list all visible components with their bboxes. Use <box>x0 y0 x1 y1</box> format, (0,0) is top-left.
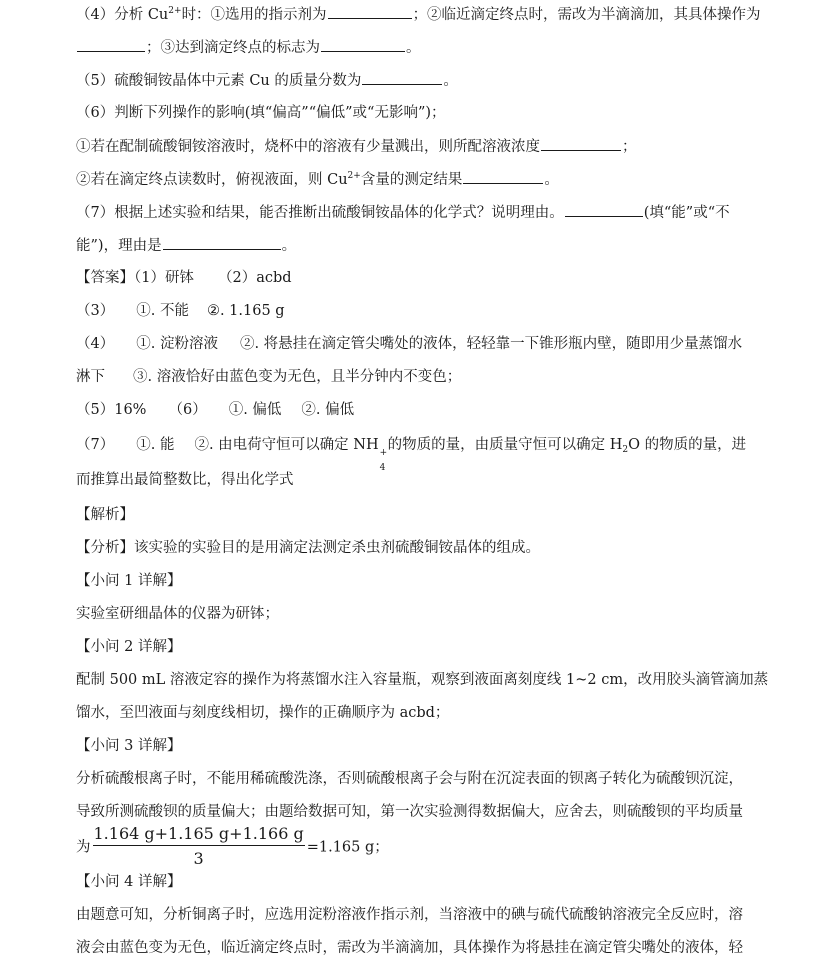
q4-part-a: 时：①选用的指示剂为 <box>182 7 327 23</box>
answer-4-part-2: ②. 将悬挂在滴定管尖嘴处的液体，轻轻靠一下锥形瓶内壁，随即用少量蒸馏水 <box>240 336 742 352</box>
sub-question-3-line-2: 导致所测硫酸钡的质量偏大；由题给数据可知，第一次实验测得数据偏大，应舍去，则硫酸… <box>76 802 758 824</box>
answer-7-part-2b: 的物质的量，由质量守恒可以确定 H <box>388 437 623 453</box>
q6-item1-end: ； <box>622 139 637 155</box>
q4-part-b: ；②临近滴定终点时，需改为半滴滴加，其具体操作为 <box>413 7 761 23</box>
question-7-line-2: 能”)，理由是。 <box>76 235 758 257</box>
fraction-denominator: 3 <box>93 846 305 868</box>
answer-line-7: （7）①. 能②. 由电荷守恒可以确定 NH+4的物质的量，由质量守恒可以确定 … <box>76 435 758 457</box>
q6-item2-prefix: ②若在滴定终点读数时，俯视液面，则 Cu <box>76 172 348 188</box>
fraction-result: =1.165 g； <box>307 840 389 856</box>
sub-question-3-fraction-line: 为1.164 g+1.165 g+1.166 g3=1.165 g； <box>76 824 758 868</box>
sub-question-4-line-1: 由题意可知，分析铜离子时，应选用淀粉溶液作指示剂，当溶液中的碘与硫代硫酸钠溶液完… <box>76 905 758 927</box>
q4-part-c: ；③达到滴定终点的标志为 <box>146 40 320 56</box>
question-7-line-1: （7）根据上述实验和结果，能否推断出硫酸铜铵晶体的化学式？说明理由。(填“能”或… <box>76 202 758 224</box>
answer-7-part-2a: ②. 由电荷守恒可以确定 NH <box>194 437 378 453</box>
answer-4-part-3: ③. 溶液恰好由蓝色变为无色，且半分钟内不变色； <box>133 369 461 385</box>
answer-4-num: （4） <box>76 336 114 352</box>
answer-blank[interactable] <box>163 235 281 250</box>
q4-part-d: 。 <box>406 40 421 56</box>
answer-6-part-2: ②. 偏低 <box>301 402 354 418</box>
answer-3-part-2: ②. 1.165 g <box>207 303 285 319</box>
answer-6-num: （6） <box>168 402 206 418</box>
q6-item2-suffix: 含量的测定结果 <box>361 172 463 188</box>
sub-question-2-line-1: 配制 500 mL 溶液定容的操作为将蒸馏水注入容量瓶，观察到液面离刻度线 1~… <box>76 670 758 692</box>
answer-7-part-1: ①. 能 <box>136 437 174 453</box>
sub-question-1-title: 【小问 1 详解】 <box>76 571 758 593</box>
answer-line-3: （3）①. 不能②. 1.165 g <box>76 301 758 323</box>
q5-text: （5）硫酸铜铵晶体中元素 Cu 的质量分数为 <box>76 73 361 89</box>
answer-line-4: （4）①. 淀粉溶液②. 将悬挂在滴定管尖嘴处的液体，轻轻靠一下锥形瓶内壁，随即… <box>76 334 758 356</box>
sub-question-1-text: 实验室研细晶体的仪器为研钵； <box>76 604 758 626</box>
document-page: （4）分析 Cu2+时：①选用的指示剂为；②临近滴定终点时，需改为半滴滴加，其具… <box>0 0 828 960</box>
answer-blank[interactable] <box>321 37 405 52</box>
question-5: （5）硫酸铜铵晶体中元素 Cu 的质量分数为。 <box>76 70 758 92</box>
answer-blank[interactable] <box>328 4 412 19</box>
fraction-prefix: 为 <box>76 840 91 856</box>
q7-line2-end: 。 <box>282 238 297 254</box>
question-6-item-2: ②若在滴定终点读数时，俯视液面，则 Cu2+含量的测定结果。 <box>76 169 758 191</box>
q7-text2: (填“能”或“不 <box>644 205 730 221</box>
average-mass-fraction: 1.164 g+1.165 g+1.166 g3 <box>93 824 305 868</box>
answer-blank[interactable] <box>77 37 145 52</box>
answer-4-part-1: ①. 淀粉溶液 <box>136 336 218 352</box>
answer-blank[interactable] <box>362 70 442 85</box>
analysis-label: 【解析】 <box>76 505 758 527</box>
sub-question-4-title: 【小问 4 详解】 <box>76 872 758 894</box>
question-4-line-2: ；③达到滴定终点的标志为。 <box>76 37 758 59</box>
sub-question-2-line-2: 馏水，至凹液面与刻度线相切，操作的正确顺序为 acbd； <box>76 703 758 725</box>
answer-7-part-2c: O 的物质的量，进 <box>628 437 746 453</box>
q6-item2-sup: 2+ <box>348 171 361 181</box>
answer-3-num: （3） <box>76 303 114 319</box>
answer-5: （5）16% <box>76 402 146 418</box>
q6-item1-text: ①若在配制硫酸铜铵溶液时，烧杯中的溶液有少量溅出，则所配溶液浓度 <box>76 139 540 155</box>
q5-end: 。 <box>443 73 458 89</box>
answer-label: 【答案】 <box>76 270 134 286</box>
answer-3-part-1: ①. 不能 <box>136 303 189 319</box>
sub-question-4-line-2: 液会由蓝色变为无色，临近滴定终点时，需改为半滴滴加，具体操作为将悬挂在滴定管尖嘴… <box>76 938 758 960</box>
answer-blank[interactable] <box>463 169 543 184</box>
answer-line-1: 【答案】（1）研钵（2）acbd <box>76 268 758 290</box>
fraction-numerator: 1.164 g+1.165 g+1.166 g <box>93 824 305 846</box>
question-4-line-1: （4）分析 Cu2+时：①选用的指示剂为；②临近滴定终点时，需改为半滴滴加，其具… <box>76 4 758 26</box>
answer-blank[interactable] <box>565 202 643 217</box>
answer-1: （1）研钵 <box>134 270 194 286</box>
answer-4-part-2b: 淋下 <box>76 369 105 385</box>
sub-question-2-title: 【小问 2 详解】 <box>76 637 758 659</box>
answer-blank[interactable] <box>541 136 621 151</box>
answer-7-num: （7） <box>76 437 114 453</box>
q7-text: （7）根据上述实验和结果，能否推断出硫酸铜铵晶体的化学式？说明理由。 <box>76 205 564 221</box>
answer-6-part-1: ①. 偏低 <box>229 402 282 418</box>
answer-line-7b: 而推算出最简整数比，得出化学式 <box>76 470 758 492</box>
sub-question-3-line-1: 分析硫酸根离子时，不能用稀硫酸洗涤，否则硫酸根离子会与附在沉淀表面的钡离子转化为… <box>76 769 758 791</box>
question-6-title: （6）判断下列操作的影响(填“偏高”“偏低”或“无影响”)； <box>76 103 758 125</box>
question-6-item-1: ①若在配制硫酸铜铵溶液时，烧杯中的溶液有少量溅出，则所配溶液浓度； <box>76 136 758 158</box>
answer-2: （2）acbd <box>218 270 292 286</box>
sub-question-3-title: 【小问 3 详解】 <box>76 736 758 758</box>
answer-line-5-6: （5）16%（6）①. 偏低②. 偏低 <box>76 400 758 422</box>
q7-line2-prefix: 能”)，理由是 <box>76 238 162 254</box>
answer-line-4b: 淋下③. 溶液恰好由蓝色变为无色，且半分钟内不变色； <box>76 367 758 389</box>
q4-prefix: （4）分析 Cu <box>76 7 168 23</box>
q4-sup: 2+ <box>168 6 181 16</box>
analysis-summary: 【分析】该实验的实验目的是用滴定法测定杀虫剂硫酸铜铵晶体的组成。 <box>76 538 758 560</box>
q6-item2-end: 。 <box>544 172 559 188</box>
